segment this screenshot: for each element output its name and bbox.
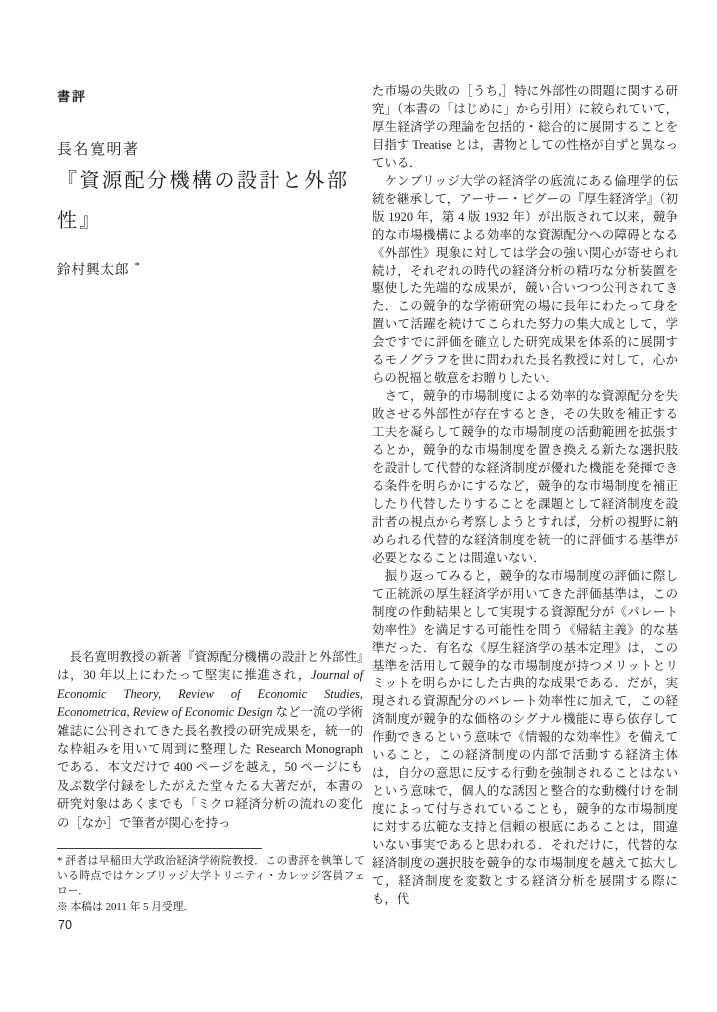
footnote-reviewer-affiliation: * 評者は早稲田大学政治経済学術院教授．この書評を執筆している時点ではケンブリッ… bbox=[57, 854, 365, 900]
book-title: 『資源配分機構の設計と外部性』 bbox=[57, 161, 369, 241]
reviewer-line: 鈴村興太郎* bbox=[57, 258, 140, 278]
reviewer-footnote-mark: * bbox=[135, 260, 141, 272]
body-paragraph: た市場の失敗の［うち,］特に外部性の問題に関する研究」（本書の「はじめに」から引… bbox=[372, 83, 678, 173]
intro-segment-after-journals: など一流の学術雑誌に公刊されてきた長名教授の研究成果を，統一的な枠組みを用いて周… bbox=[57, 705, 363, 829]
book-author: 長名寛明著 bbox=[57, 138, 140, 159]
body-paragraph: ケンブリッジ大学の経済学の底流にある倫理学的伝統を継承して，アーサー・ピグーの『… bbox=[372, 173, 678, 388]
body-paragraph: 振り返ってみると，競争的な市場制度の評価に際して正統派の厚生経済学が用いてきた評… bbox=[372, 568, 678, 909]
body-paragraph: さて，競争的市場制度による効率的な資源配分を失敗させる外部性が存在するとき，その… bbox=[372, 388, 678, 568]
document-page: 書評 長名寛明著 『資源配分機構の設計と外部性』 鈴村興太郎* 長名寛明教授の新… bbox=[0, 0, 717, 1012]
left-column-body: 長名寛明教授の新著『資源配分機構の設計と外部性』は，30 年以上にわたって堅実に… bbox=[57, 648, 363, 832]
section-kicker: 書評 bbox=[57, 86, 87, 105]
reviewer-name: 鈴村興太郎 bbox=[57, 262, 130, 277]
footnote-divider bbox=[57, 848, 262, 849]
footnote-received-date: ※ 本稿は 2011 年 5 月受理． bbox=[57, 900, 365, 915]
right-column-body: た市場の失敗の［うち,］特に外部性の問題に関する研究」（本書の「はじめに」から引… bbox=[372, 83, 678, 909]
intro-paragraph: 長名寛明教授の新著『資源配分機構の設計と外部性』は，30 年以上にわたって堅実に… bbox=[57, 648, 363, 832]
page-number: 70 bbox=[58, 918, 72, 932]
footnotes-block: * 評者は早稲田大学政治経済学術院教授．この書評を執筆している時点ではケンブリッ… bbox=[57, 854, 365, 915]
